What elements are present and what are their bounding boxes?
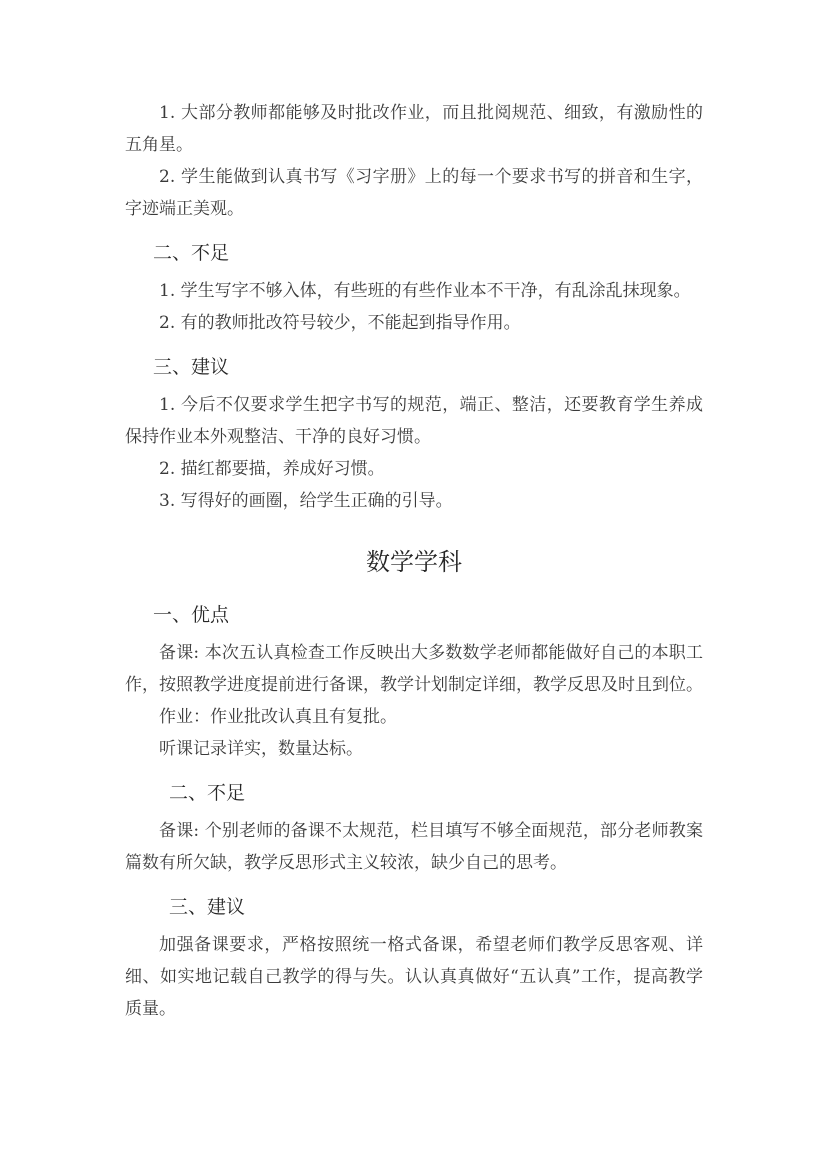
paragraph-shortcoming-1: 1. 学生写字不够入体，有些班的有些作业本不干净，有乱涂乱抹现象。 <box>125 275 703 307</box>
paragraph-advantage-2: 2. 学生能做到认真书写《习字册》上的每一个要求书写的拼音和生字，字迹端正美观。 <box>125 161 703 225</box>
paragraph-suggestion-1: 1. 今后不仅要求学生把字书写的规范，端正、整洁，还要教育学生养成保持作业本外观… <box>125 389 703 453</box>
heading-suggestions: 三、建议 <box>125 351 703 383</box>
paragraph-math-suggestion-1: 加强备课要求，严格按照统一格式备课，希望老师们教学反思客观、详细、如实地记载自己… <box>125 929 703 1025</box>
paragraph-math-advantage-3: 听课记录详实，数量达标。 <box>125 733 703 765</box>
paragraph-math-advantage-1: 备课: 本次五认真检查工作反映出大多数数学老师都能做好自己的本职工作，按照教学进… <box>125 637 703 701</box>
paragraph-suggestion-2: 2. 描红都要描，养成好习惯。 <box>125 453 703 485</box>
paragraph-shortcoming-2: 2. 有的教师批改符号较少，不能起到指导作用。 <box>125 307 703 339</box>
paragraph-math-advantage-2: 作业：作业批改认真且有复批。 <box>125 701 703 733</box>
heading-shortcomings: 二、不足 <box>125 237 703 269</box>
section-title-math-subject: 数学学科 <box>125 545 703 579</box>
document-content: 1. 大部分教师都能够及时批改作业，而且批阅规范、细致，有激励性的五角星。 2.… <box>125 97 703 1025</box>
heading-math-suggestions: 三、建议 <box>125 891 703 923</box>
document-page: 1. 大部分教师都能够及时批改作业，而且批阅规范、细致，有激励性的五角星。 2.… <box>0 0 827 1170</box>
heading-math-advantages: 一、优点 <box>125 599 703 631</box>
paragraph-suggestion-3: 3. 写得好的画圈，给学生正确的引导。 <box>125 485 703 517</box>
paragraph-advantage-1: 1. 大部分教师都能够及时批改作业，而且批阅规范、细致，有激励性的五角星。 <box>125 97 703 161</box>
heading-math-shortcomings: 二、不足 <box>125 777 703 809</box>
paragraph-math-shortcoming-1: 备课: 个别老师的备课不太规范，栏目填写不够全面规范，部分老师教案篇数有所欠缺，… <box>125 815 703 879</box>
